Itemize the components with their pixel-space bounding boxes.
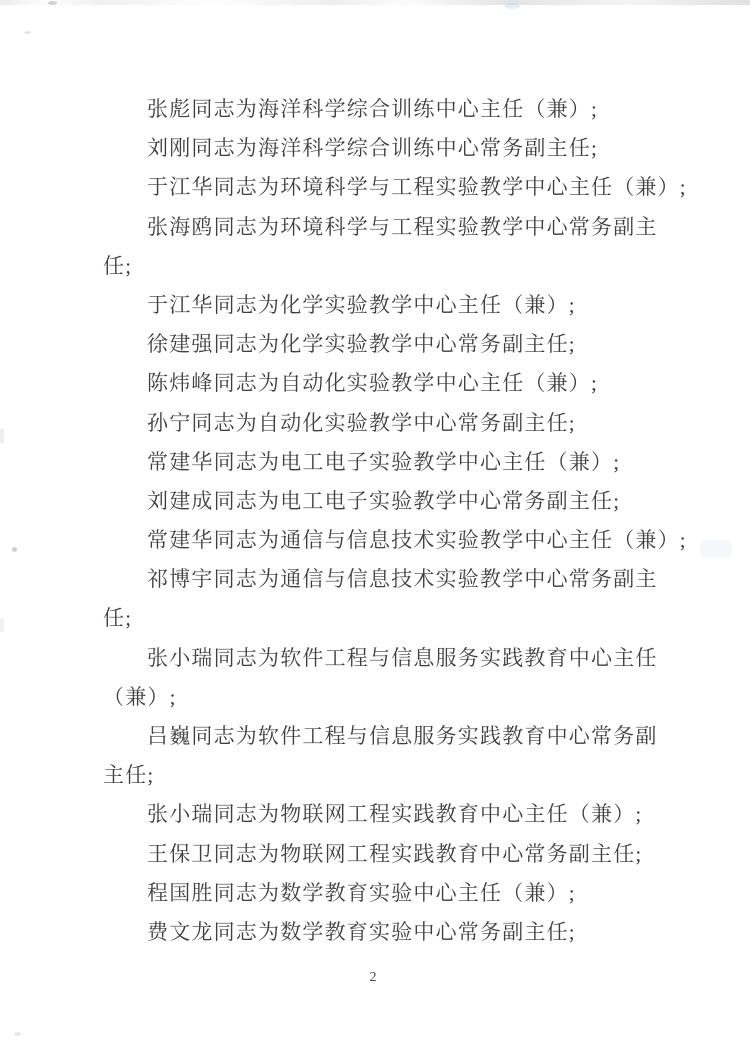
- text-line: 程国胜同志为数学教育实验中心主任（兼）;: [103, 874, 663, 913]
- appointment-paragraph: 吕巍同志为软件工程与信息服务实践教育中心常务副主任;: [103, 717, 663, 795]
- scan-speck: [0, 428, 4, 444]
- scan-speck: [24, 31, 31, 34]
- appointment-paragraph: 费文龙同志为数学教育实验中心常务副主任;: [103, 913, 663, 952]
- appointment-paragraph: 于江华同志为环境科学与工程实验教学中心主任（兼）;: [103, 168, 663, 207]
- text-line: 徐建强同志为化学实验教学中心常务副主任;: [103, 325, 663, 364]
- appointment-paragraph: 张小瑞同志为软件工程与信息服务实践教育中心主任（兼）;: [103, 639, 663, 717]
- appointment-paragraph: 陈炜峰同志为自动化实验教学中心主任（兼）;: [103, 364, 663, 403]
- page-number: 2: [0, 970, 746, 986]
- appointment-paragraph: 于江华同志为化学实验教学中心主任（兼）;: [103, 286, 663, 325]
- text-line: 于江华同志为化学实验教学中心主任（兼）;: [103, 286, 663, 325]
- text-line: 祁博宇同志为通信与信息技术实验教学中心常务副主: [103, 560, 663, 599]
- scan-edge-artifact: [0, 0, 750, 5]
- text-line: 孙宁同志为自动化实验教学中心常务副主任;: [103, 404, 663, 443]
- text-line: 任;: [103, 247, 663, 286]
- text-line: 于江华同志为环境科学与工程实验教学中心主任（兼）;: [103, 168, 663, 207]
- text-line: 常建华同志为通信与信息技术实验教学中心主任（兼）;: [103, 521, 663, 560]
- text-line: （兼）;: [103, 678, 663, 717]
- text-line: 张海鸥同志为环境科学与工程实验教学中心常务副主: [103, 208, 663, 247]
- appointment-paragraph: 张海鸥同志为环境科学与工程实验教学中心常务副主任;: [103, 208, 663, 286]
- text-line: 费文龙同志为数学教育实验中心常务副主任;: [103, 913, 663, 952]
- scan-speck: [48, 1, 57, 5]
- appointment-paragraph: 程国胜同志为数学教育实验中心主任（兼）;: [103, 874, 663, 913]
- appointment-paragraph: 张彪同志为海洋科学综合训练中心主任（兼）;: [103, 90, 663, 129]
- appointment-paragraph: 常建华同志为通信与信息技术实验教学中心主任（兼）;: [103, 521, 663, 560]
- text-line: 张小瑞同志为物联网工程实践教育中心主任（兼）;: [103, 795, 663, 834]
- appointment-paragraph: 祁博宇同志为通信与信息技术实验教学中心常务副主任;: [103, 560, 663, 638]
- scan-speck: [504, 3, 520, 9]
- appointment-paragraph: 常建华同志为电工电子实验教学中心主任（兼）;: [103, 443, 663, 482]
- appointment-paragraph: 孙宁同志为自动化实验教学中心常务副主任;: [103, 404, 663, 443]
- scan-speck: [0, 618, 4, 632]
- text-line: 陈炜峰同志为自动化实验教学中心主任（兼）;: [103, 364, 663, 403]
- text-line: 常建华同志为电工电子实验教学中心主任（兼）;: [103, 443, 663, 482]
- appointment-paragraph: 徐建强同志为化学实验教学中心常务副主任;: [103, 325, 663, 364]
- appointment-paragraph: 刘建成同志为电工电子实验教学中心常务副主任;: [103, 482, 663, 521]
- text-line: 吕巍同志为软件工程与信息服务实践教育中心常务副: [103, 717, 663, 756]
- text-line: 刘刚同志为海洋科学综合训练中心常务副主任;: [103, 129, 663, 168]
- appointment-paragraph: 王保卫同志为物联网工程实践教育中心常务副主任;: [103, 835, 663, 874]
- scan-speck: [14, 1032, 21, 1036]
- document-body: 张彪同志为海洋科学综合训练中心主任（兼）;刘刚同志为海洋科学综合训练中心常务副主…: [103, 90, 663, 952]
- appointment-paragraph: 刘刚同志为海洋科学综合训练中心常务副主任;: [103, 129, 663, 168]
- text-line: 主任;: [103, 756, 663, 795]
- text-line: 张小瑞同志为软件工程与信息服务实践教育中心主任: [103, 639, 663, 678]
- appointment-paragraph: 张小瑞同志为物联网工程实践教育中心主任（兼）;: [103, 795, 663, 834]
- scan-speck: [700, 540, 732, 558]
- text-line: 刘建成同志为电工电子实验教学中心常务副主任;: [103, 482, 663, 521]
- text-line: 王保卫同志为物联网工程实践教育中心常务副主任;: [103, 835, 663, 874]
- text-line: 张彪同志为海洋科学综合训练中心主任（兼）;: [103, 90, 663, 129]
- scan-speck: [12, 547, 17, 552]
- scanned-document-page: 张彪同志为海洋科学综合训练中心主任（兼）;刘刚同志为海洋科学综合训练中心常务副主…: [0, 0, 750, 1061]
- text-line: 任;: [103, 599, 663, 638]
